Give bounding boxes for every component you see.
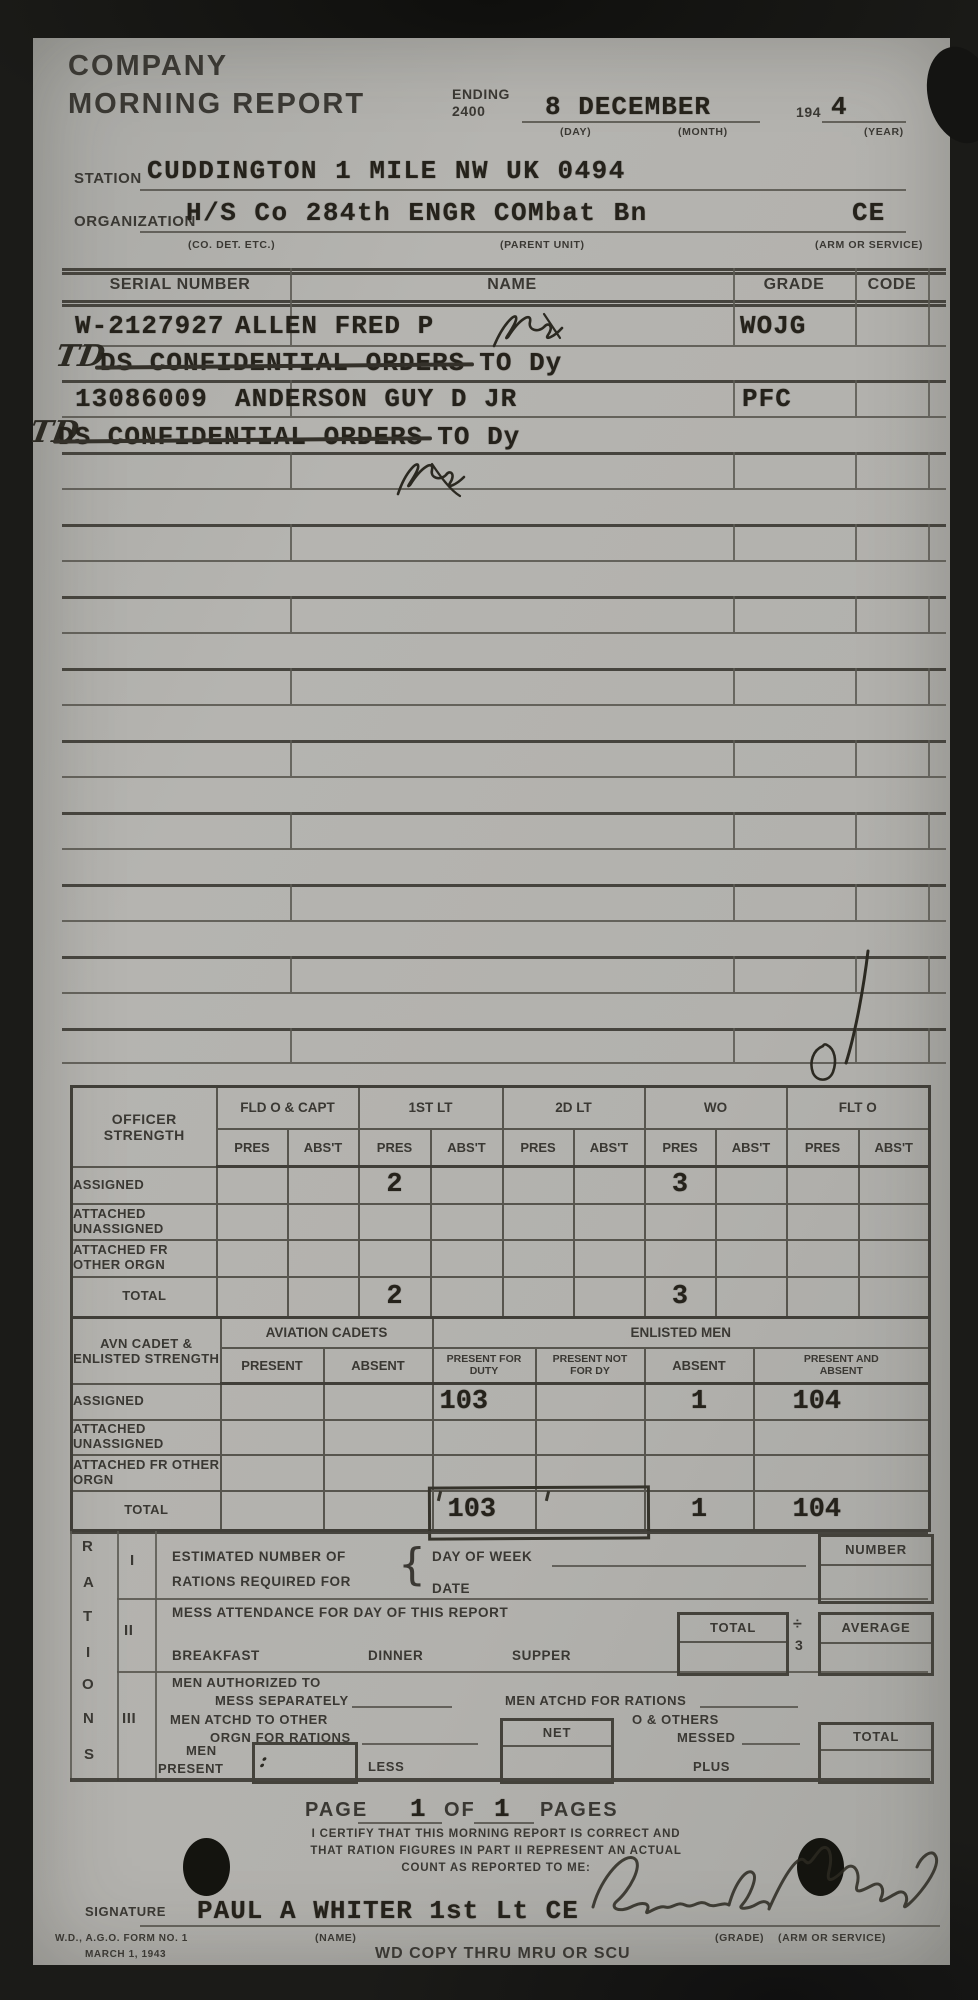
abst-header: ABS'T (288, 1129, 359, 1167)
handwritten-initials-1 (488, 306, 570, 352)
roster-rule (290, 524, 292, 560)
men-present-label-2: PRESENT (158, 1762, 224, 1777)
roster-rule (928, 380, 930, 416)
organization-underline (140, 231, 906, 233)
rations-letter-divider (117, 1531, 119, 1781)
date-underline (522, 121, 760, 123)
punch-hole-left (183, 1838, 230, 1896)
plus-label: PLUS (693, 1760, 730, 1775)
roster-rule (855, 884, 857, 920)
col-present-not-for-dy: PRESENT NOT FOR DY (536, 1348, 645, 1384)
officer-row-attached-fr-other: ATTACHED FR OTHER ORGN (72, 1240, 930, 1277)
roster-rule (62, 272, 946, 275)
organization-value: H/S Co 284th ENGR COMbat Bn (186, 200, 648, 226)
col-group-2d-lt: 2D LT (503, 1087, 645, 1129)
mess-separately-line (352, 1706, 452, 1708)
roster-rule (928, 596, 930, 632)
roster-rule (855, 524, 857, 560)
roster-rule (733, 740, 735, 776)
orgn-for-rations-line (362, 1743, 478, 1745)
col-present-for-duty: PRESENT FOR DUTY (433, 1348, 536, 1384)
ending-label: ENDING (452, 86, 510, 102)
roster-rule (290, 1028, 292, 1062)
pages-number: 1 (494, 1796, 511, 1822)
rations-letter-i: I (86, 1644, 91, 1661)
roster-rule (62, 1028, 946, 1031)
entry2-serial: 13086009 (75, 386, 208, 412)
part2-numeral: II (124, 1622, 134, 1639)
roster-rule (62, 524, 946, 527)
divide-sign: ÷ (793, 1616, 802, 1634)
part1-numeral: I (130, 1552, 135, 1569)
supper-label: SUPPER (512, 1648, 571, 1664)
roster-rule (855, 380, 857, 416)
of-label: OF (444, 1799, 476, 1822)
roster-rule (733, 452, 735, 488)
roster-rule (62, 812, 946, 815)
o-and-others-label: O & OTHERS (632, 1713, 719, 1728)
arm-sublabel: (ARM OR SERVICE) (778, 1932, 886, 1944)
roster-rule (733, 812, 735, 848)
roster-header-name: NAME (487, 276, 537, 294)
pres-header: PRES (359, 1129, 431, 1167)
arm-service-value: CE (852, 200, 885, 226)
roster-rule (62, 452, 946, 455)
roster-rule (290, 740, 292, 776)
roster-rule (855, 668, 857, 704)
rations-left-border (70, 1531, 72, 1781)
roster-rule (62, 488, 946, 490)
entry1-serial: W-2127927 (75, 313, 224, 339)
roster-rule (62, 300, 946, 303)
roster-rule (62, 992, 946, 994)
grade-sublabel: (GRADE) (715, 1932, 764, 1944)
day-of-week-label: DAY OF WEEK (432, 1549, 532, 1565)
less-label: LESS (368, 1760, 404, 1775)
pages-label: PAGES (540, 1799, 619, 1822)
roster-rule (62, 268, 946, 271)
entry2-grade: PFC (742, 386, 792, 412)
handwritten-signature (585, 1843, 955, 1943)
roster-rule (928, 268, 930, 345)
entry1-note-rest: TO Dy (479, 348, 562, 378)
entry1-grade: WOJG (740, 313, 806, 339)
rations-letter-s: S (84, 1746, 95, 1763)
entry1-note: DS CONFIDENTIAL ORDERSTO Dy (100, 350, 562, 376)
officer-strength-table: OFFICER STRENGTH FLD O & CAPT 1ST LT 2D … (70, 1085, 931, 1319)
mess-separately-label: MESS SEPARATELY (215, 1694, 349, 1709)
mess-total-box: TOTAL (677, 1612, 789, 1676)
roster-header-grade: GRADE (764, 276, 825, 294)
officer-row-assigned: ASSIGNED 2 3 (72, 1167, 930, 1204)
col-group-fldo-capt: FLD O & CAPT (217, 1087, 359, 1129)
col-present-and-absent: PRESENT AND ABSENT (754, 1348, 930, 1384)
part2-title: MESS ATTENDANCE FOR DAY OF THIS REPORT (172, 1605, 508, 1621)
col-group-flt-o: FLT O (787, 1087, 930, 1129)
form-date: MARCH 1, 1943 (85, 1949, 166, 1961)
roster-rule (62, 776, 946, 778)
roster-rule (733, 268, 735, 345)
roster-rule (855, 596, 857, 632)
roster-header-code: CODE (868, 276, 917, 294)
roster-rule (62, 596, 946, 599)
col-absent: ABSENT (324, 1348, 433, 1384)
col-group-aviation-cadets: AVIATION CADETS (221, 1318, 433, 1348)
roster-rule (928, 452, 930, 488)
breakfast-label: BREAKFAST (172, 1648, 260, 1664)
cert-line3: COUNT AS REPORTED TO ME: (401, 1862, 590, 1875)
pres-header: PRES (503, 1129, 574, 1167)
page-num-line (358, 1822, 442, 1824)
signature-typed: PAUL A WHITER 1st Lt CE (197, 1898, 579, 1924)
officer-row-total: TOTAL 2 3 (72, 1277, 930, 1318)
name-sublabel: (NAME) (315, 1932, 357, 1944)
roster-rule (62, 704, 946, 706)
entry1-name: ALLEN FRED P (235, 313, 434, 339)
roster-rule (290, 452, 292, 488)
arm-service-label: (ARM OR SERVICE) (815, 239, 923, 251)
entry2-name: ANDERSON GUY D JR (235, 386, 517, 412)
part1-line1: ESTIMATED NUMBER OF (172, 1549, 346, 1565)
station-underline (140, 189, 906, 191)
roster-rule (928, 1028, 930, 1062)
organization-label: ORGANIZATION (74, 213, 196, 230)
roster-rule (62, 560, 946, 562)
rations-letter-r: R (82, 1538, 93, 1555)
co-det-label: (CO. DET. ETC.) (188, 239, 275, 251)
rations-letter-o: O (82, 1676, 94, 1693)
roster-rule (62, 848, 946, 850)
roster-rule (733, 380, 735, 416)
roster-rule (62, 380, 946, 383)
roster-rule (928, 740, 930, 776)
roster-rule (928, 956, 930, 992)
number-box: NUMBER (818, 1534, 934, 1604)
abst-header: ABS'T (431, 1129, 503, 1167)
roster-header-serial: SERIAL NUMBER (110, 276, 251, 294)
day-of-week-line (552, 1565, 806, 1567)
year-digit: 4 (831, 94, 848, 120)
roster-rule (855, 452, 857, 488)
roster-rule (62, 416, 946, 418)
form-title-line2: MORNING REPORT (68, 88, 365, 121)
roster-rule (928, 524, 930, 560)
net-box: NET (500, 1718, 614, 1784)
dinner-label: DINNER (368, 1648, 423, 1664)
messed-label: MESSED (677, 1731, 736, 1746)
roster-rule (928, 884, 930, 920)
roster-rule (855, 268, 857, 345)
part3-numeral: III (122, 1710, 136, 1727)
roster-rule (290, 884, 292, 920)
roster-rule (62, 920, 946, 922)
roster-rule (928, 668, 930, 704)
roster-rule (733, 596, 735, 632)
col-group-enlisted-men: ENLISTED MEN (433, 1318, 930, 1348)
rations-part2-rule (117, 1671, 928, 1673)
copy-routing-note: WD COPY THRU MRU OR SCU (375, 1945, 631, 1963)
station-value: CUDDINGTON 1 MILE NW UK 0494 (147, 158, 626, 184)
roster-rule (290, 596, 292, 632)
part1-line2: RATIONS REQUIRED FOR (172, 1574, 351, 1590)
roster-rule (62, 632, 946, 634)
roster-rule (62, 668, 946, 671)
col-group-wo: WO (645, 1087, 787, 1129)
men-atchd-line (700, 1706, 798, 1708)
roster-rule (928, 812, 930, 848)
rations-letter-t: T (83, 1608, 93, 1625)
year-underline (822, 121, 906, 123)
page-number: 1 (410, 1796, 427, 1822)
pres-header: PRES (217, 1129, 288, 1167)
rations-total-box: TOTAL (818, 1722, 934, 1784)
report-date-value: 8 DECEMBER (545, 94, 711, 120)
day-label: (DAY) (560, 126, 591, 138)
roster-rule (733, 1028, 735, 1062)
entry2-note: DS CONFIDENTIAL ORDERSTO Dy (58, 424, 520, 450)
rations-part1-rule (117, 1598, 928, 1600)
enlisted-row-attached-unassigned: ATTACHED UNASSIGNED (72, 1420, 930, 1455)
year-label: (YEAR) (864, 126, 904, 138)
morning-report-scan: COMPANY MORNING REPORT ENDING 2400 8 DEC… (0, 0, 978, 2000)
handwritten-initials-2 (392, 452, 472, 500)
stray-pen-stroke (838, 945, 878, 1070)
part1-brace: { (398, 1540, 427, 1591)
roster-rule (733, 524, 735, 560)
roster-rule (62, 884, 946, 887)
roster-rule (62, 740, 946, 743)
abst-header: ABS'T (859, 1129, 930, 1167)
cert-line1: I CERTIFY THAT THIS MORNING REPORT IS CO… (312, 1828, 681, 1841)
page-label: PAGE (305, 1799, 368, 1822)
roster-rule (733, 884, 735, 920)
form-title-line1: COMPANY (68, 50, 228, 83)
month-label: (MONTH) (678, 126, 728, 138)
entry1-note-struck-text: DS CONFIDENTIAL ORDERS (100, 350, 465, 376)
abst-header: ABS'T (574, 1129, 645, 1167)
enlisted-strength-title: AVN CADET & ENLISTED STRENGTH (72, 1318, 221, 1384)
pres-header: PRES (645, 1129, 716, 1167)
average-box: AVERAGE (818, 1612, 934, 1676)
roster-rule (62, 956, 946, 959)
year-prefix: 194 (796, 104, 821, 120)
rations-numeral-divider (155, 1531, 157, 1781)
officer-row-attached-unassigned: ATTACHED UNASSIGNED (72, 1204, 930, 1240)
form-number: W.D., A.G.O. FORM NO. 1 (55, 1933, 188, 1945)
roster-rule (733, 956, 735, 992)
men-present-label-1: MEN (186, 1744, 217, 1759)
roster-rule (290, 956, 292, 992)
enlisted-row-attached-fr-other: ATTACHED FR OTHER ORGN (72, 1455, 930, 1491)
divisor-3: 3 (795, 1637, 803, 1653)
parent-unit-label: (PARENT UNIT) (500, 239, 585, 251)
roster-rule (290, 812, 292, 848)
date-label: DATE (432, 1581, 470, 1597)
men-atchd-to-other-label: MEN ATCHD TO OTHER (170, 1713, 328, 1728)
zero-pen-mark (805, 1040, 841, 1086)
messed-line (742, 1743, 800, 1745)
station-label: STATION (74, 170, 142, 187)
roster-rule (855, 740, 857, 776)
abst-header: ABS'T (716, 1129, 787, 1167)
men-atchd-for-rations-label: MEN ATCHD FOR RATIONS (505, 1694, 686, 1709)
entry2-note-struck-text: DS CONFIDENTIAL ORDERS (58, 424, 423, 450)
enlisted-row-assigned: ASSIGNED 103 1 104 (72, 1384, 930, 1420)
roster-rule (290, 668, 292, 704)
ending-time: 2400 (452, 103, 486, 119)
rations-top-rule (70, 1531, 928, 1534)
col-group-1st-lt: 1ST LT (359, 1087, 503, 1129)
signature-label: SIGNATURE (85, 1905, 166, 1920)
part3-line1: MEN AUTHORIZED TO (172, 1676, 321, 1691)
pres-header: PRES (787, 1129, 859, 1167)
officer-strength-title: OFFICER STRENGTH (72, 1087, 217, 1167)
entry2-note-rest: TO Dy (437, 422, 520, 452)
col-present: PRESENT (221, 1348, 324, 1384)
roster-rule (855, 812, 857, 848)
roster-rule (733, 668, 735, 704)
rations-letter-a: A (83, 1574, 94, 1591)
col-absent2: ABSENT (645, 1348, 754, 1384)
rations-letter-n: N (83, 1710, 94, 1727)
